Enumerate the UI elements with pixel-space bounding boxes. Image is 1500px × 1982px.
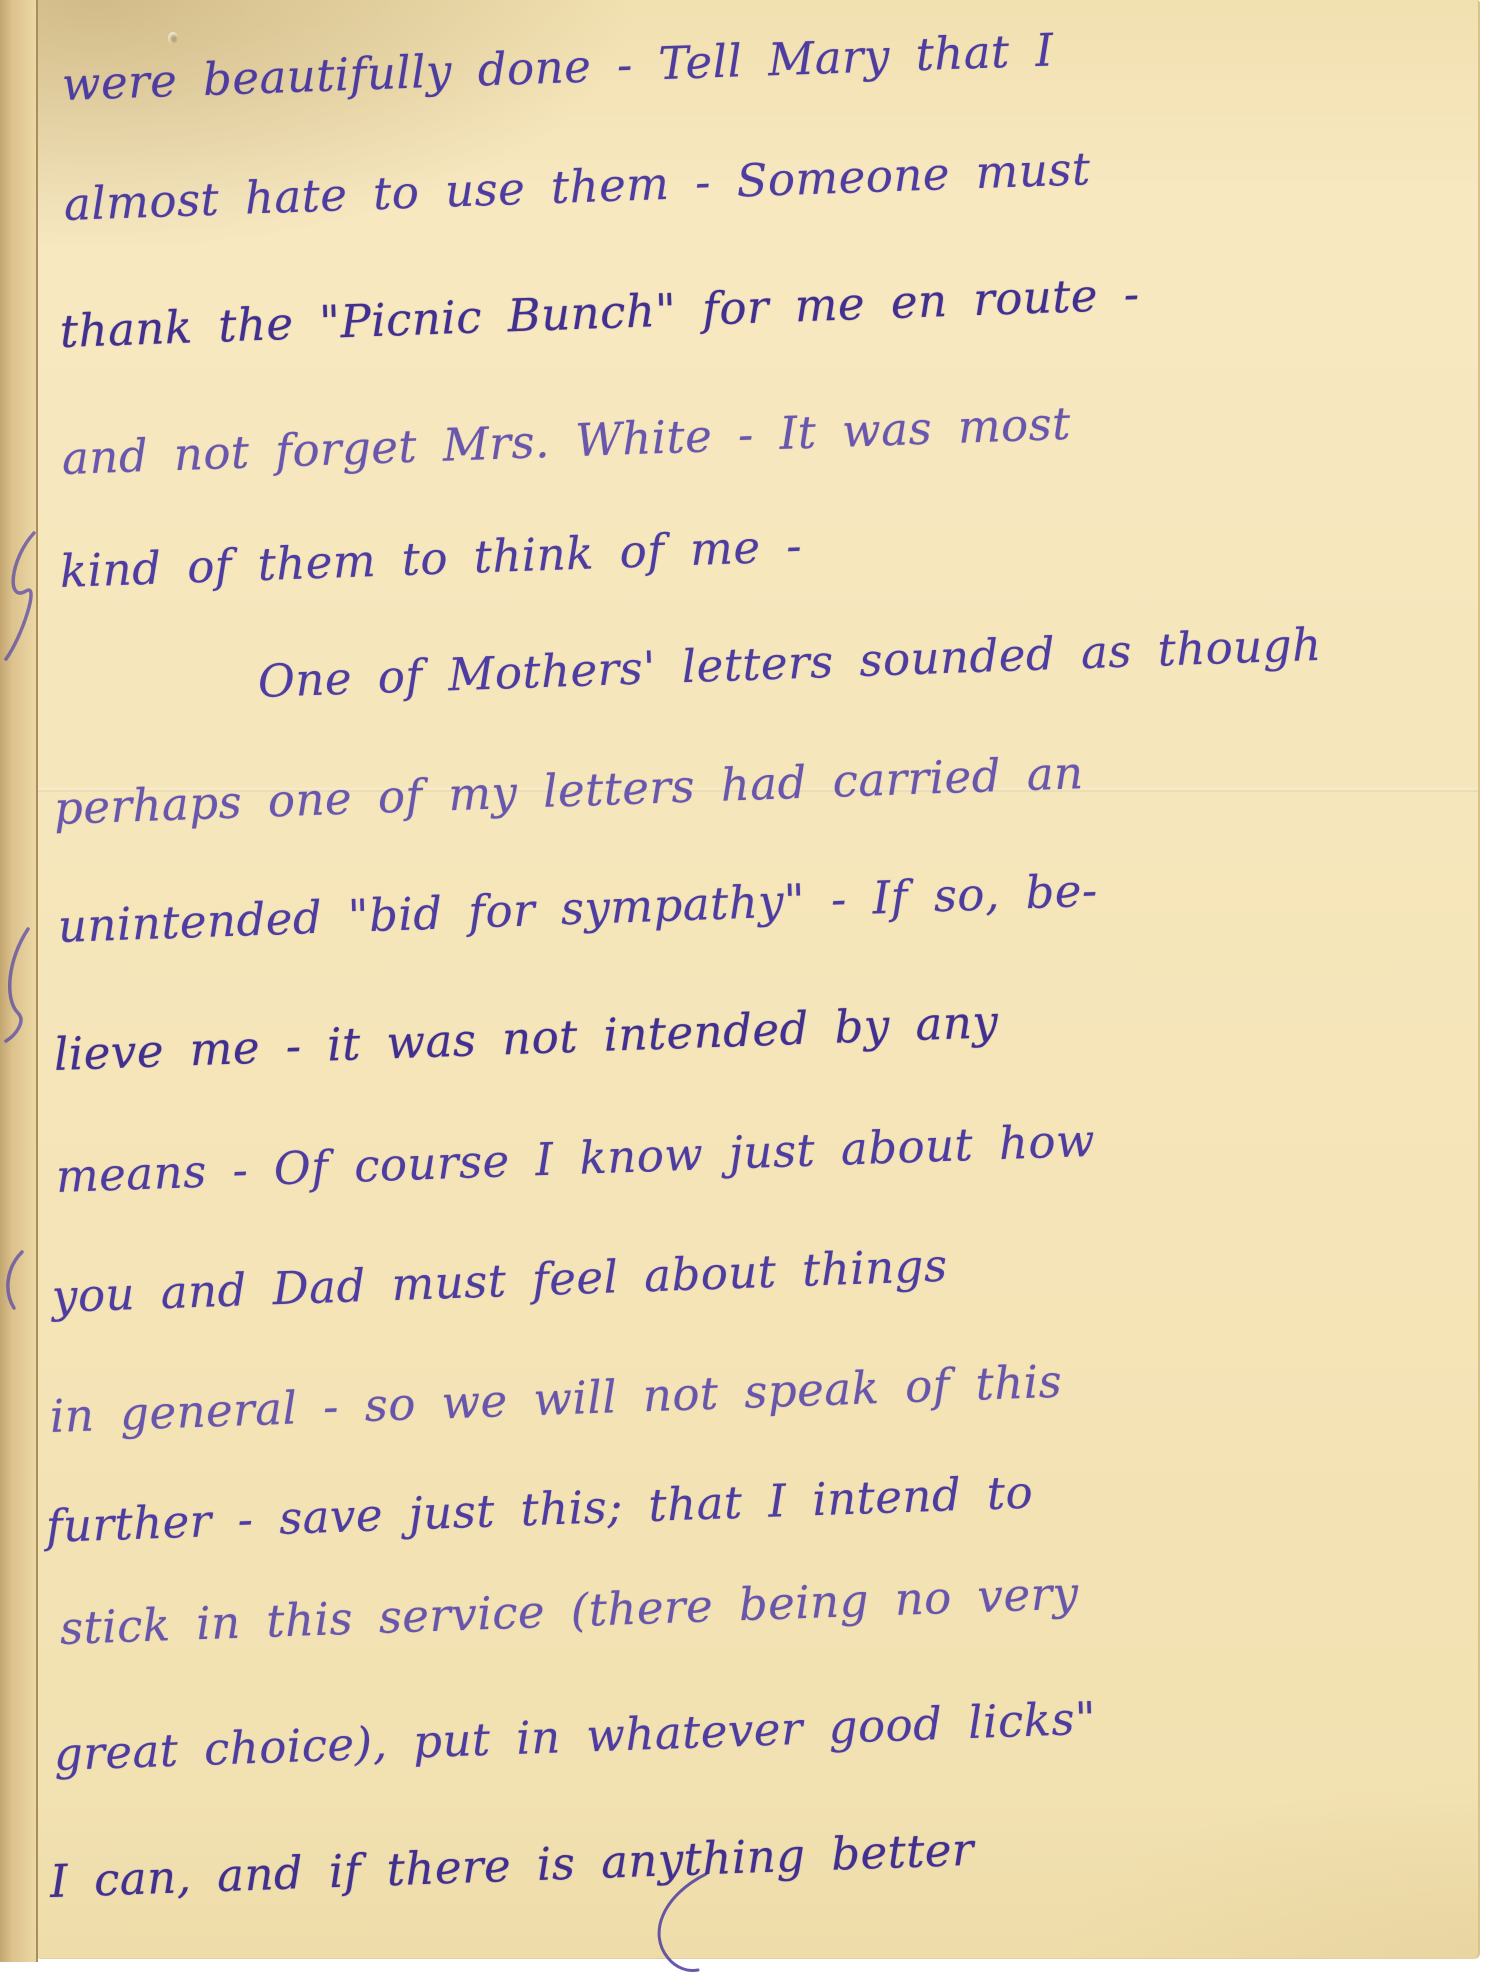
ink-bleed-mark (0, 1248, 26, 1312)
ink-bleed-mark (0, 525, 42, 665)
letter-scan: were beautifully done - Tell Mary that I… (0, 0, 1500, 1982)
ink-bleed-mark (0, 925, 34, 1045)
pinhole (168, 32, 178, 44)
